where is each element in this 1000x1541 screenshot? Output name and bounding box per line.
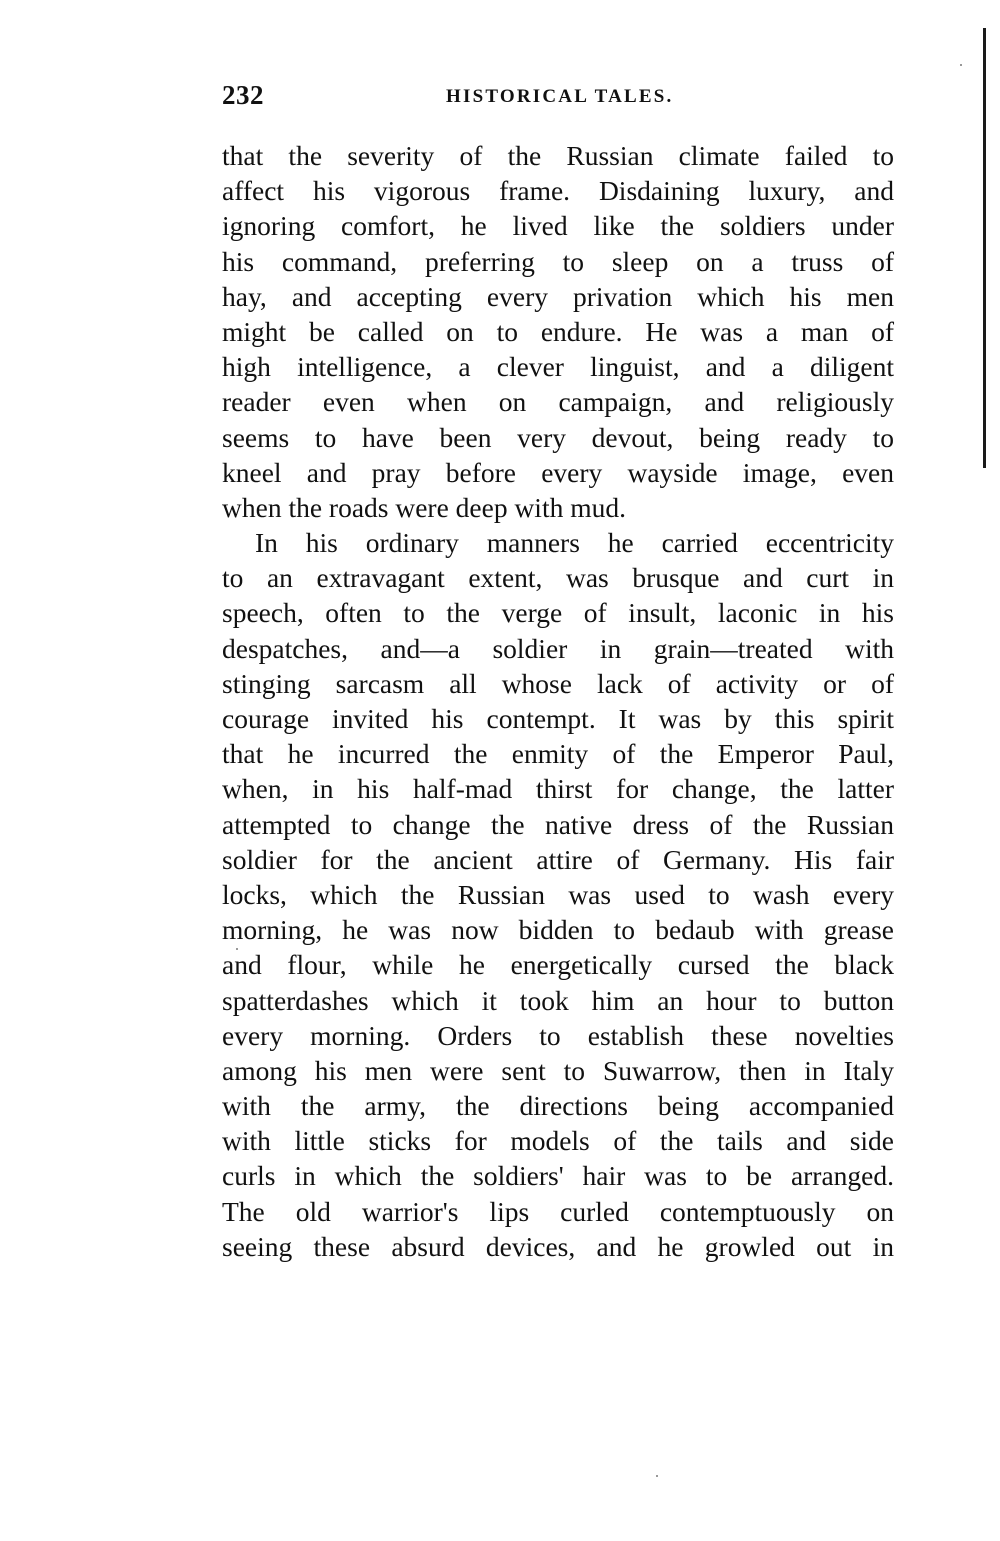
- running-title: HISTORICAL TALES.: [446, 86, 673, 108]
- text-line: every morning. Orders to establish these…: [222, 1018, 894, 1053]
- text-line: when, in his half-mad thirst for change,…: [222, 771, 894, 806]
- scan-speck: [656, 1475, 658, 1477]
- text-line: speech, often to the verge of insult, la…: [222, 595, 894, 630]
- text-line: stinging sarcasm all whose lack of activ…: [222, 666, 894, 701]
- paragraph-2: In his ordinary manners he carried eccen…: [222, 525, 894, 1264]
- text-line: his command, preferring to sleep on a tr…: [222, 244, 894, 279]
- text-line: morning, he was now bidden to bedaub wit…: [222, 912, 894, 947]
- text-line: that he incurred the enmity of the Emper…: [222, 736, 894, 771]
- text-line: locks, which the Russian was used to was…: [222, 877, 894, 912]
- page-number: 232: [222, 80, 264, 111]
- text-line: attempted to change the native dress of …: [222, 807, 894, 842]
- text-line: seeing these absurd devices, and he grow…: [222, 1229, 894, 1264]
- text-line: In his ordinary manners he carried eccen…: [222, 525, 894, 560]
- text-line: with the army, the directions being acco…: [222, 1088, 894, 1123]
- text-line: hay, and accepting every privation which…: [222, 279, 894, 314]
- text-line: might be called on to endure. He was a m…: [222, 314, 894, 349]
- text-line: The old warrior's lips curled contemptuo…: [222, 1194, 894, 1229]
- body-text: that the severity of the Russian climate…: [222, 138, 894, 1264]
- page-header: 232 HISTORICAL TALES.: [222, 80, 894, 114]
- text-line: to an extravagant extent, was brusque an…: [222, 560, 894, 595]
- text-line: curls in which the soldiers' hair was to…: [222, 1158, 894, 1193]
- paragraph-1: that the severity of the Russian climate…: [222, 138, 894, 525]
- text-line: courage invited his contempt. It was by …: [222, 701, 894, 736]
- page-edge-line: [983, 28, 986, 468]
- text-line: that the severity of the Russian climate…: [222, 138, 894, 173]
- text-line: affect his vigorous frame. Disdaining lu…: [222, 173, 894, 208]
- text-line: soldier for the ancient attire of German…: [222, 842, 894, 877]
- scan-speck: [960, 64, 962, 66]
- text-line: reader even when on campaign, and religi…: [222, 384, 894, 419]
- text-line: despatches, and—a soldier in grain—treat…: [222, 631, 894, 666]
- text-line: among his men were sent to Suwarrow, the…: [222, 1053, 894, 1088]
- text-line: with little sticks for models of the tai…: [222, 1123, 894, 1158]
- text-line: high intelligence, a clever linguist, an…: [222, 349, 894, 384]
- text-line: and flour, while he energetically cursed…: [222, 947, 894, 982]
- text-line: kneel and pray before every wayside imag…: [222, 455, 894, 490]
- text-line: seems to have been very devout, being re…: [222, 420, 894, 455]
- text-line: ignoring comfort, he lived like the sold…: [222, 208, 894, 243]
- text-line: spatterdashes which it took him an hour …: [222, 983, 894, 1018]
- text-line: when the roads were deep with mud.: [222, 490, 894, 525]
